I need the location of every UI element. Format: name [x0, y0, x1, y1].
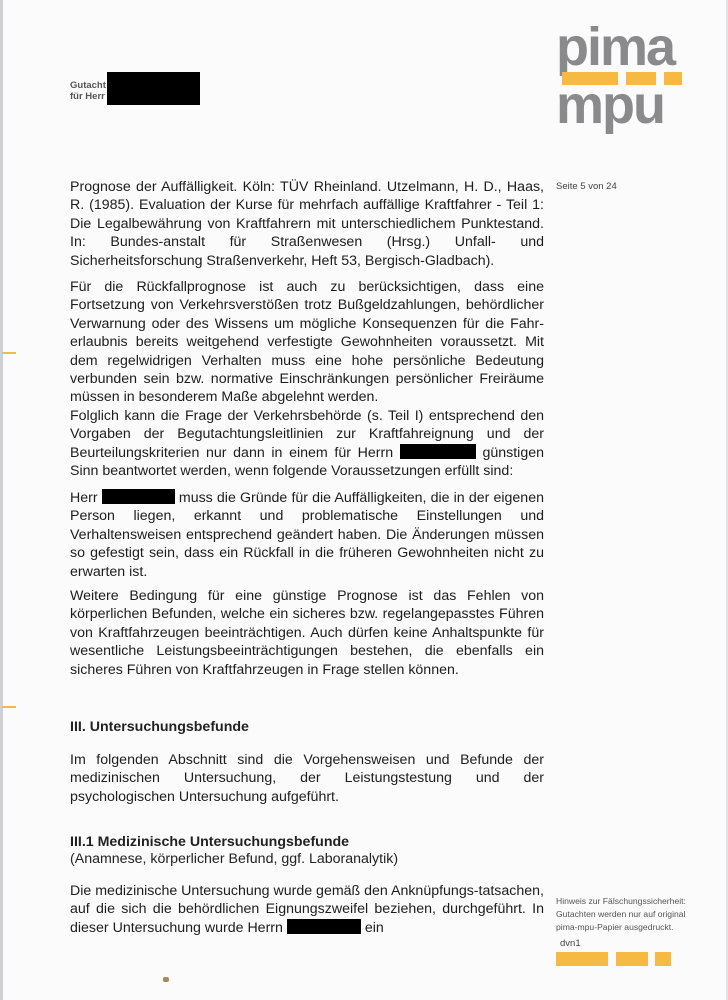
redaction-box	[102, 489, 175, 504]
footer-brand-bar	[616, 952, 648, 966]
footer-brand-bar	[556, 952, 608, 966]
paper-speck	[163, 977, 169, 982]
logo-word-pima: pima	[556, 24, 674, 70]
paragraph-abschnitt: Im folgenden Abschnitt sind die Vorgehen…	[70, 751, 544, 806]
footer-brand-bar	[655, 952, 671, 966]
paragraph-medizinische-untersuchung: Die medizinische Untersuchung wurde gemä…	[70, 882, 544, 937]
logo-bar	[664, 72, 682, 85]
redaction-box	[400, 444, 476, 459]
paragraph-rueckfallprognose: Für die Rückfallprognose ist auch zu ber…	[70, 278, 544, 407]
report-reference: Gutacht für Herr	[70, 80, 106, 102]
fold-mark	[2, 706, 16, 708]
logo-word-mpu: mpu	[556, 82, 664, 128]
pima-mpu-logo: pima mpu	[556, 24, 686, 134]
paragraph-references: Prognose der Auffälligkeit. Köln: TÜV Rh…	[70, 178, 544, 270]
section-heading-untersuchungsbefunde: III. Untersuchungsbefunde	[70, 719, 249, 735]
section-subtitle: (Anamnese, körperlicher Befund, ggf. Lab…	[70, 851, 398, 867]
redaction-box	[287, 919, 361, 934]
section-heading-medizinische: III.1 Medizinische Untersuchungsbefunde	[70, 834, 349, 850]
reference-line-2: für Herr	[70, 91, 106, 102]
paragraph-herr-muss: Herr muss die Gründe für die Auffälligke…	[70, 489, 544, 581]
page-number: Seite 5 von 24	[556, 181, 617, 192]
fold-mark	[2, 352, 16, 354]
paragraph-weitere-bedingung: Weitere Bedingung für eine günstige Prog…	[70, 587, 544, 679]
reference-line-1: Gutacht	[70, 80, 106, 91]
redaction-box	[107, 72, 200, 105]
page-edge-left	[0, 0, 3, 1000]
document-code: dvn1	[560, 938, 581, 949]
forgery-protection-note: Hinweis zur Fälschungssicherheit: Gutach…	[556, 895, 716, 934]
paragraph-voraussetzungen: Folglich kann die Frage der Verkehrsbehö…	[70, 407, 544, 481]
